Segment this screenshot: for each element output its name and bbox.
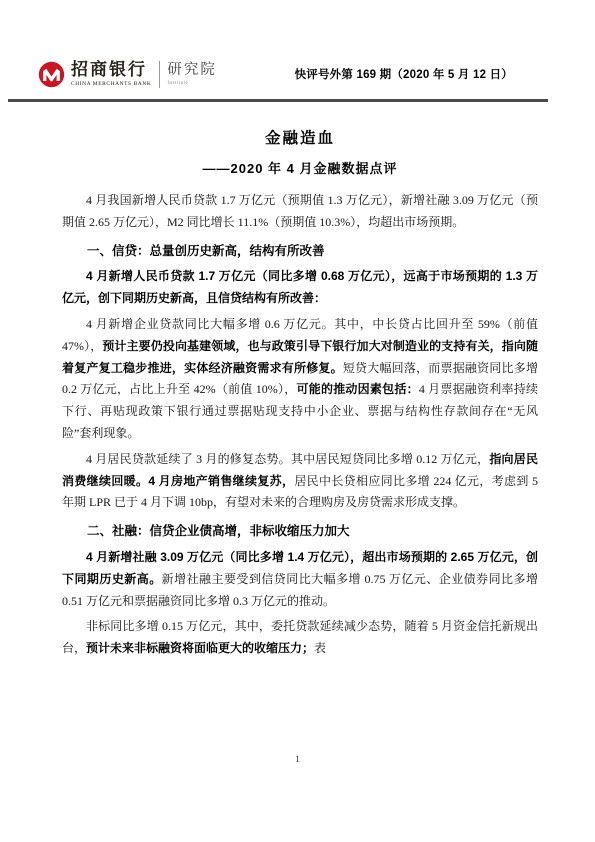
page-header: 招商银行 CHINA MERCHANTS BANK 研究院 Institute … [38,56,513,92]
division-name-cn: 研究院 [167,63,217,78]
page-number: 1 [295,755,300,765]
division-name: 研究院 Institute [167,63,217,86]
bank-name-cn: 招商银行 [71,61,151,78]
body-paragraph: 4 月新增社融 3.09 万亿元（同比多增 1.4 万亿元），超出市场预期的 2… [62,547,538,612]
bold-text-run: 可能的推动因素包括： [296,382,418,396]
text-run: 4 月我国新增人民币贷款 1.7 万亿元（预期值 1.3 万亿元），新增社融 3… [62,193,538,229]
logo-divider [159,61,160,88]
section-heading: 二、社融：信贷企业债高增，非标收缩压力加大 [62,521,538,543]
bold-text-run: 一、信贷：总量创历史新高，结构有所改善 [87,244,325,258]
body-paragraph: 4 月居民贷款延续了 3 月的修复态势。其中居民短贷同比多增 0.12 万亿元，… [62,449,538,514]
bank-name-en: CHINA MERCHANTS BANK [71,81,151,87]
section-heading: 一、信贷：总量创历史新高，结构有所改善 [62,241,538,263]
issue-info: 快评号外第 169 期（2020 年 5 月 12 日） [295,66,513,82]
text-run: 表 [314,641,326,655]
body-paragraph: 4 月我国新增人民币贷款 1.7 万亿元（预期值 1.3 万亿元），新增社融 3… [62,190,538,234]
cmb-logo-icon [38,61,65,88]
bank-name: 招商银行 CHINA MERCHANTS BANK [71,61,151,87]
report-body: 4 月我国新增人民币贷款 1.7 万亿元（预期值 1.3 万亿元），新增社融 3… [62,190,538,660]
body-paragraph: 4 月新增企业贷款同比大幅多增 0.6 万亿元。其中，中长贷占比回升至 59%（… [62,314,538,445]
header-rule [8,99,548,102]
bold-text-run: 预计未来非标融资将面临更大的收缩压力； [86,641,314,655]
division-name-en: Institute [167,81,217,86]
body-paragraph: 非标同比多增 0.15 万亿元，其中，委托贷款延续减少态势，随着 5 月资金信托… [62,616,538,660]
bold-text-run: 4 月新增人民币贷款 1.7 万亿元（同比多增 0.68 万亿元），远高于市场预… [62,269,538,305]
report-title: 金融造血 [62,126,538,148]
page-footer: 1 [0,749,595,767]
body-paragraph: 4 月新增人民币贷款 1.7 万亿元（同比多增 0.68 万亿元），远高于市场预… [62,266,538,310]
bold-text-run: 二、社融：信贷企业债高增，非标收缩压力加大 [87,524,350,538]
document-page: 招商银行 CHINA MERCHANTS BANK 研究院 Institute … [0,0,595,842]
report-subtitle: ——2020 年 4 月金融数据点评 [62,158,538,177]
bank-logo: 招商银行 CHINA MERCHANTS BANK 研究院 Institute [38,61,217,88]
report-content: 金融造血 ——2020 年 4 月金融数据点评 4 月我国新增人民币贷款 1.7… [62,118,538,660]
text-run: 4 月居民贷款延续了 3 月的修复态势。其中居民短贷同比多增 0.12 万亿元， [86,452,489,466]
